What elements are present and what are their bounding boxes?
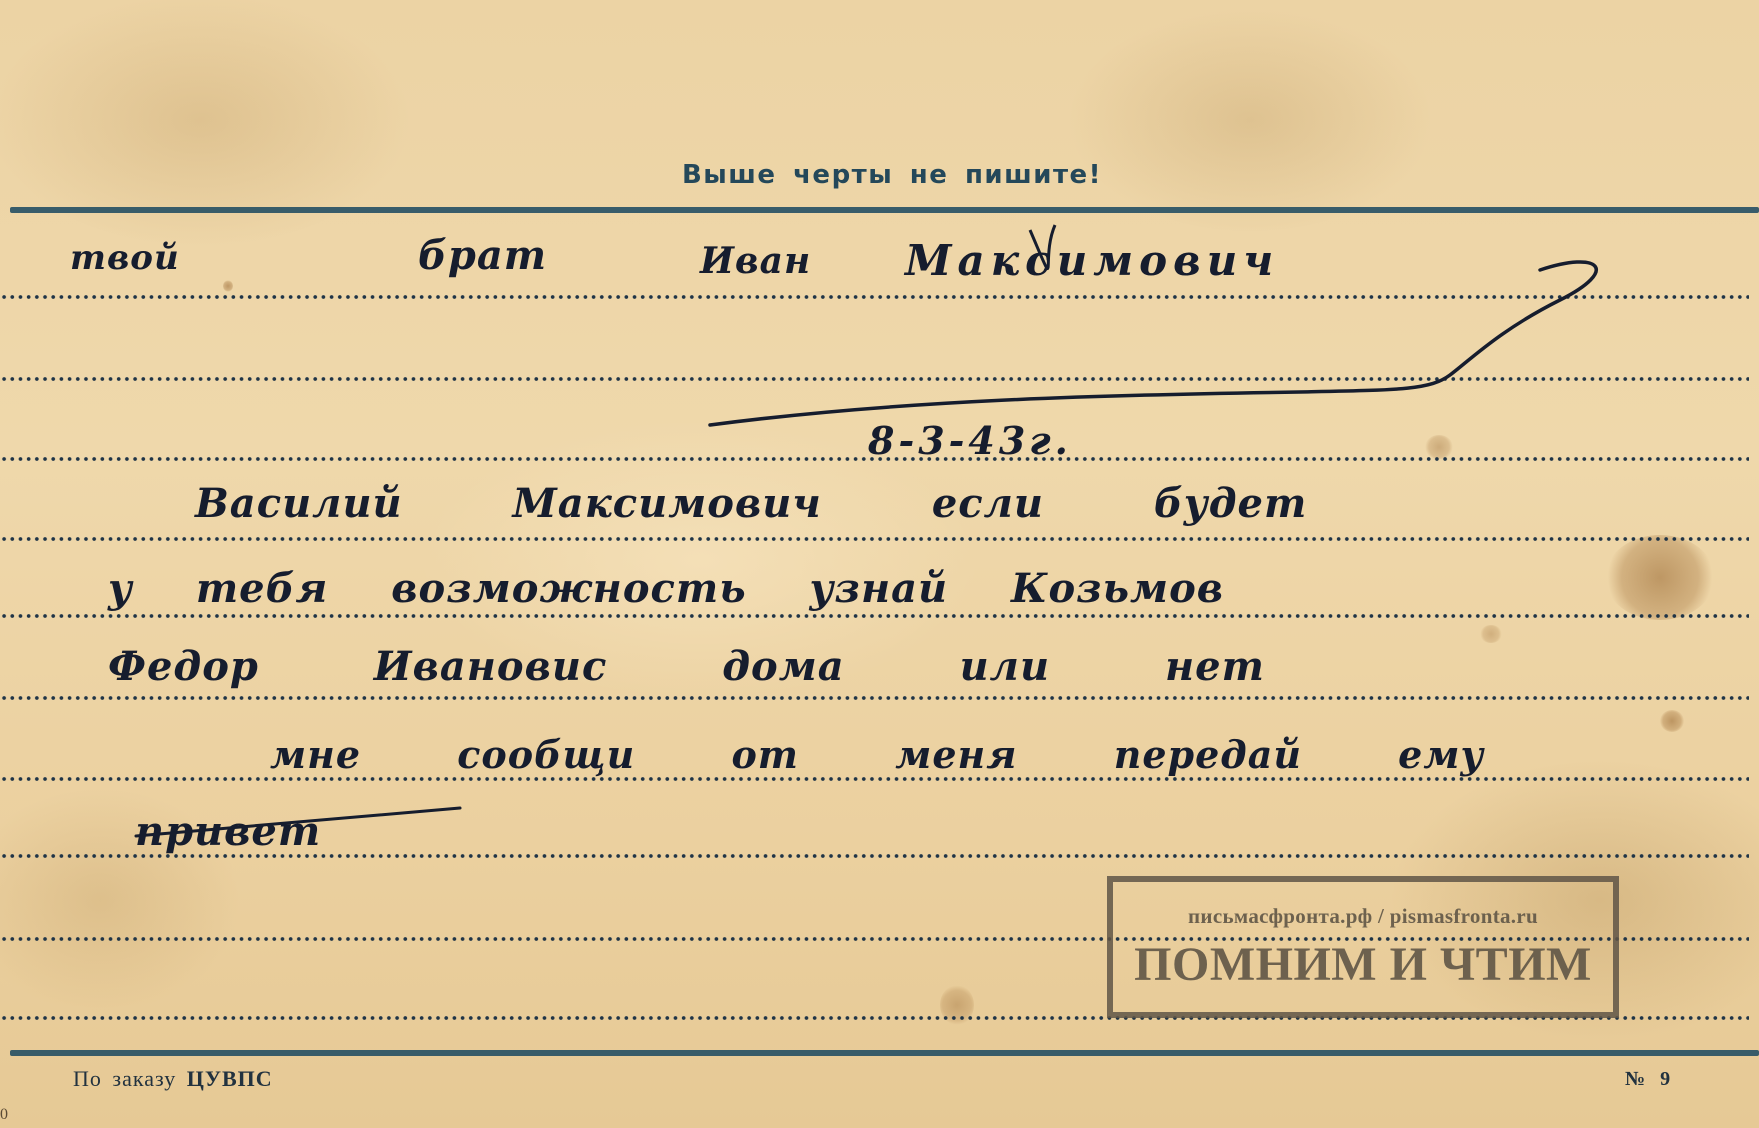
stain [1480, 625, 1502, 643]
watermark-url: письмасфронта.рф / pismasfronta.ru [1113, 904, 1613, 929]
writing-line [0, 777, 1749, 781]
bottom-divider-line [10, 1050, 1759, 1056]
stain [223, 280, 233, 292]
stain [1660, 710, 1684, 732]
handwritten-line: мне сообщи от меня передай ему [270, 732, 1484, 777]
writing-line [0, 377, 1749, 381]
watermark-stamp: письмасфронта.рф / pismasfronta.ru ПОМНИ… [1107, 876, 1619, 1018]
handwritten-word: брат [418, 232, 547, 279]
edge-mark: 0 [0, 1106, 8, 1124]
handwritten-word: твой [70, 238, 180, 278]
writing-line [0, 614, 1749, 618]
handwritten-line: Василий Максимович если будет [195, 480, 1307, 527]
top-divider-line [10, 207, 1759, 213]
handwritten-line: Федор Ивановис дома или нет [108, 643, 1265, 690]
print-order-note: По заказу ЦУВПС [73, 1066, 273, 1092]
handwritten-line: у тебя возможность узнай Козьмов [108, 565, 1224, 612]
handwritten-date: 8-3-43г. [868, 418, 1072, 463]
order-prefix: По заказу [73, 1066, 176, 1091]
postcard-scan: Выше черты не пишите! твой брат Иван Мак… [0, 0, 1759, 1128]
stain [1605, 535, 1715, 620]
form-number: № 9 [1625, 1068, 1670, 1091]
order-organization: ЦУВПС [187, 1066, 273, 1091]
writing-line [0, 295, 1749, 299]
header-instruction: Выше черты не пишите! [0, 160, 1759, 190]
handwritten-word: Иван [700, 240, 811, 282]
watermark-title: ПОМНИМ И ЧТИМ [1113, 937, 1613, 992]
writing-line [0, 537, 1749, 541]
stain [1425, 435, 1453, 459]
handwritten-word: Максимович [905, 236, 1279, 285]
writing-line [0, 696, 1749, 700]
handwritten-line: привет [135, 808, 321, 855]
